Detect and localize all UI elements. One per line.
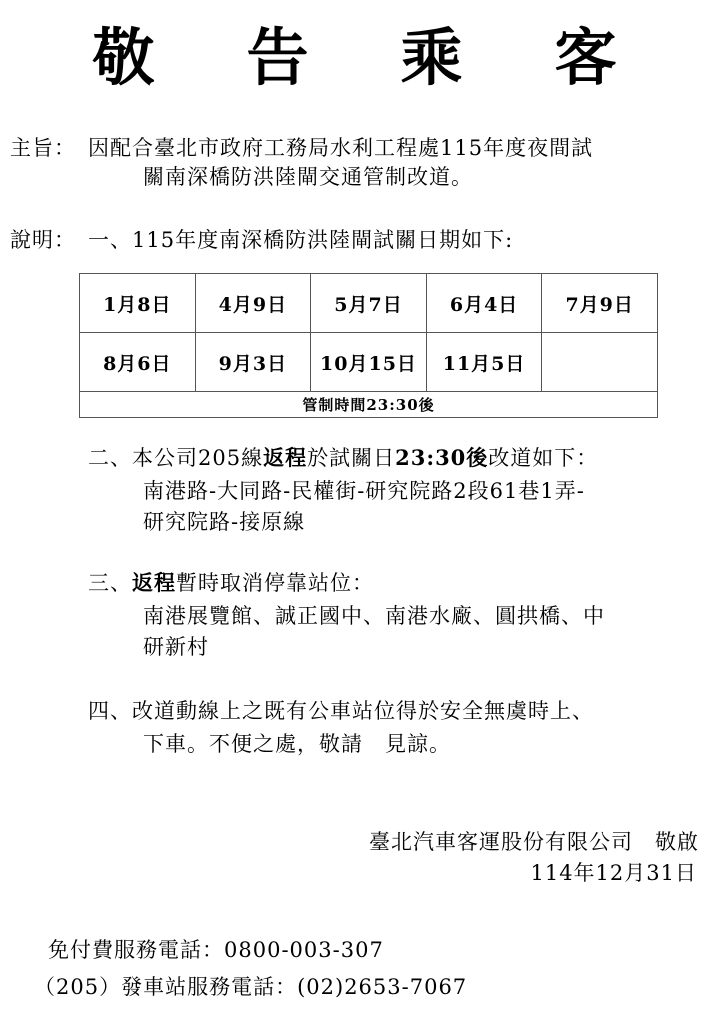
- item-2-mid: 於試關日: [307, 446, 395, 470]
- page-title: 敬 告 乘 客: [0, 18, 709, 98]
- date-cell: 10月15日: [311, 333, 427, 392]
- explanation-label: 說明：: [10, 225, 76, 255]
- table-footer-row: 管制時間23:30後: [80, 392, 658, 418]
- date-cell: 8月6日: [80, 333, 196, 392]
- date-cell: 1月8日: [80, 274, 196, 333]
- title-char: 客: [555, 18, 617, 98]
- item-3-prefix: 三、: [88, 571, 132, 595]
- item-2-bold-return: 返程: [263, 445, 307, 470]
- title-char: 敬: [92, 18, 154, 98]
- table-row: 1月8日 4月9日 5月7日 6月4日 7月9日: [80, 274, 658, 333]
- station-phone: （205）發車站服務電話：(02)2653-7067: [34, 972, 467, 1002]
- item-3-bold-return: 返程: [132, 570, 176, 595]
- item-2-bold-time: 23:30後: [395, 445, 488, 470]
- item-3-line-1: 三、返程暫時取消停靠站位：: [88, 568, 374, 598]
- item-4-line-1: 四、改道動線上之既有公車站位得於安全無虞時上、: [88, 696, 594, 726]
- subject-line-2: 關南深橋防洪陸閘交通管制改道。: [88, 162, 418, 192]
- explanation-item-1: 一、115年度南深橋防洪陸閘試關日期如下:: [88, 225, 513, 255]
- item-3-suffix: 暫時取消停靠站位：: [176, 571, 374, 595]
- item-2-line-3: 研究院路-接原線: [143, 507, 305, 537]
- date-cell: 6月4日: [426, 274, 542, 333]
- item-2-line-1: 二、本公司205線返程於試關日23:30後改道如下：: [88, 443, 598, 473]
- date-cell: 4月9日: [195, 274, 311, 333]
- table-row: 8月6日 9月3日 10月15日 11月5日: [80, 333, 658, 392]
- item-3-line-3: 研新村: [143, 632, 209, 662]
- toll-free-phone: 免付費服務電話：0800-003-307: [48, 935, 384, 965]
- date-cell: 7月9日: [542, 274, 658, 333]
- date-cell: [542, 333, 658, 392]
- date-cell: 9月3日: [195, 333, 311, 392]
- date-cell: 5月7日: [311, 274, 427, 333]
- item-4-line-2: 下車。不便之處，敬請 見諒。: [143, 729, 451, 759]
- title-char: 告: [246, 18, 308, 98]
- trial-dates-table: 1月8日 4月9日 5月7日 6月4日 7月9日 8月6日 9月3日 10月15…: [79, 273, 658, 418]
- subject-line-1: 因配合臺北市政府工務局水利工程處115年度夜間試: [88, 133, 593, 163]
- item-2-line-2: 南港路-大同路-民權街-研究院路2段61巷1弄-: [143, 476, 585, 506]
- signature-company: 臺北汽車客運股份有限公司 敬啟: [369, 827, 699, 857]
- control-time: 管制時間23:30後: [80, 392, 658, 418]
- item-2-suffix: 改道如下：: [488, 446, 598, 470]
- signature-date: 114年12月31日: [530, 858, 697, 888]
- date-cell: 11月5日: [426, 333, 542, 392]
- subject-label: 主旨：: [10, 133, 76, 163]
- item-3-line-2: 南港展覽館、誠正國中、南港水廠、圓拱橋、中: [143, 601, 605, 631]
- subject-line-2-text: 關南深橋防洪陸閘交通管制改道。: [143, 165, 473, 189]
- item-2-prefix: 二、本公司205線: [88, 446, 263, 470]
- title-char: 乘: [401, 18, 463, 98]
